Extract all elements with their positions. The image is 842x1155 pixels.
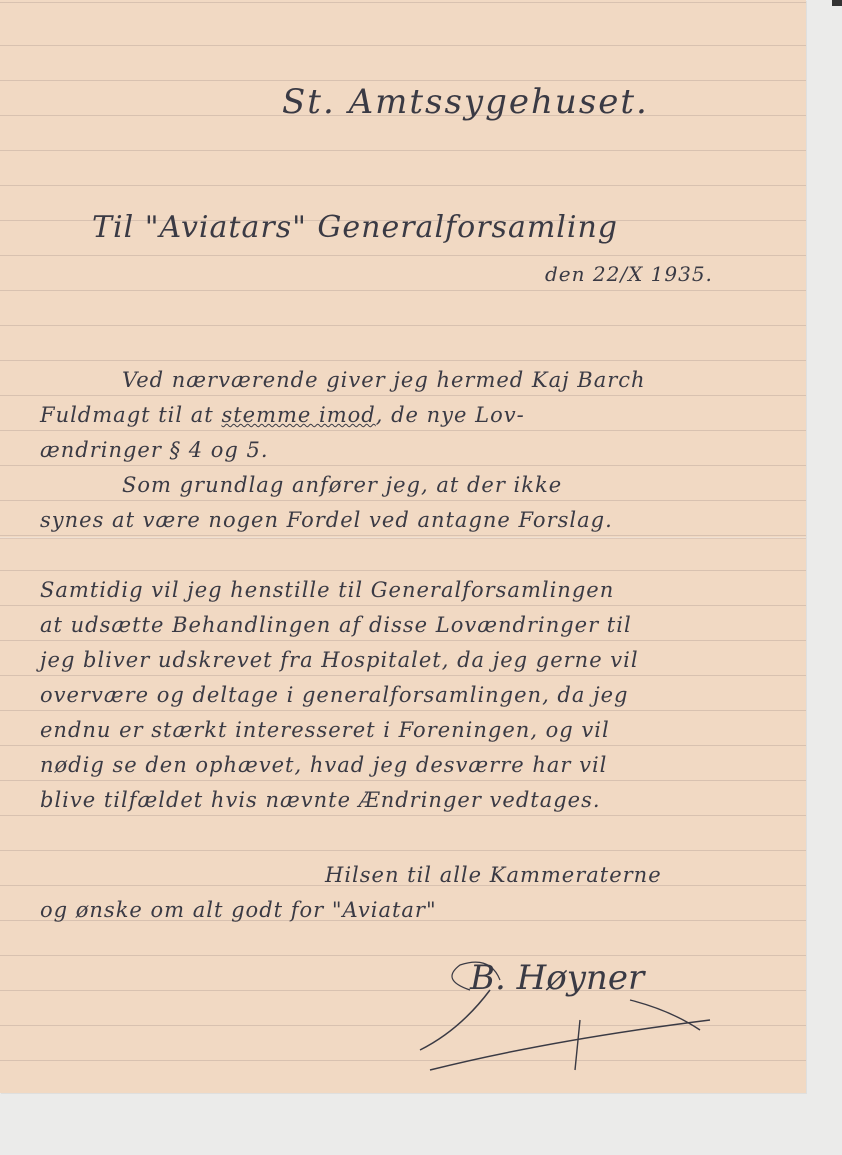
body-line-9: overvære og deltage i generalforsamlinge… bbox=[40, 683, 628, 707]
body-line-4: Som grundlag anfører jeg, at der ikke bbox=[122, 473, 562, 497]
closing-line-1: Hilsen til alle Kammeraterne bbox=[325, 863, 662, 887]
body-line-2: Fuldmagt til at stemme imod, de nye Lov- bbox=[40, 403, 525, 427]
body-line-8: jeg bliver udskrevet fra Hospitalet, da … bbox=[40, 648, 639, 672]
letter-addressee: Til "Aviatars" Generalforsamling bbox=[92, 210, 618, 245]
body-line-7: at udsætte Behandlingen af disse Lovændr… bbox=[40, 613, 632, 637]
body-line-11: nødig se den ophævet, hvad jeg desværre … bbox=[40, 753, 607, 777]
signature: B. Høyner bbox=[470, 958, 644, 998]
underlined-text: stemme imod bbox=[221, 403, 375, 427]
body-line-5: synes at være nogen Fordel ved antagne F… bbox=[40, 508, 613, 532]
body-line-1: Ved nærværende giver jeg hermed Kaj Barc… bbox=[122, 368, 646, 392]
letter-paper: St. Amtssygehuset. Til "Aviatars" Genera… bbox=[0, 0, 806, 1093]
body-text: , de nye Lov- bbox=[376, 403, 525, 427]
closing-line-2: og ønske om alt godt for "Aviatar" bbox=[40, 898, 437, 922]
body-line-3: ændringer § 4 og 5. bbox=[40, 438, 269, 462]
body-line-6: Samtidig vil jeg henstille til Generalfo… bbox=[40, 578, 614, 602]
letter-date: den 22/X 1935. bbox=[545, 262, 713, 286]
scan-edge bbox=[832, 0, 842, 6]
body-line-12: blive tilfældet hvis nævnte Ændringer ve… bbox=[40, 788, 601, 812]
body-text: Fuldmagt til at bbox=[40, 403, 214, 427]
letter-heading: St. Amtssygehuset. bbox=[282, 82, 649, 122]
body-line-10: endnu er stærkt interesseret i Foreninge… bbox=[40, 718, 610, 742]
